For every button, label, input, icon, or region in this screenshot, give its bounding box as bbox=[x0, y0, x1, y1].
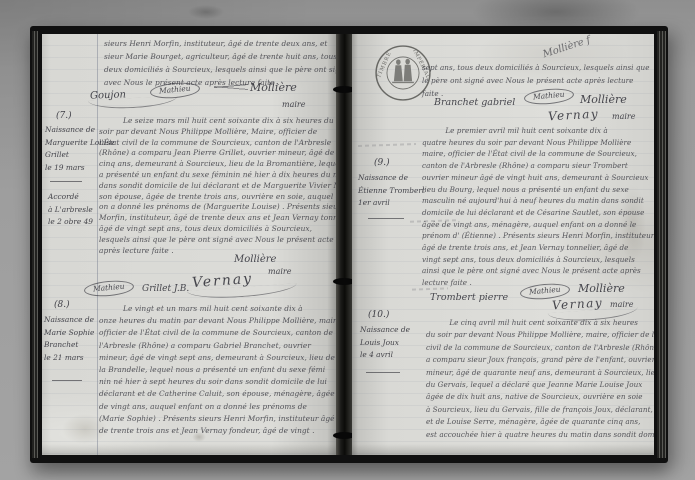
text-line: âgé de vingt sept ans, tous deux domicil… bbox=[99, 224, 334, 235]
record-7-margin-title: Naissance deMarguerite LouiseGrilletle 1… bbox=[45, 124, 99, 174]
officer-role-label: maire bbox=[612, 112, 635, 121]
signature-molliere: Mollière bbox=[580, 93, 627, 106]
text-line: lesquels ainsi que le père ont signé ave… bbox=[99, 235, 334, 246]
record-7-body-text: Le seize mars mil huit cent soixante dix… bbox=[99, 116, 334, 256]
text-line: Marguerite Louise bbox=[45, 137, 99, 150]
right-page-edges bbox=[657, 31, 666, 458]
text-line: cinq ans, demeurant à Sourcieux, lieu de… bbox=[99, 159, 334, 170]
text-line: déclarant et de Catherine Caluit, son ép… bbox=[99, 388, 334, 400]
text-line: on a donné les prénoms de (Marguerite Lo… bbox=[99, 202, 334, 213]
text-line: a présenté un enfant du sexe féminin né … bbox=[99, 170, 334, 181]
text-line: l'État civil de la commune de Sourcieux,… bbox=[99, 138, 334, 149]
text-line: Louis Joux bbox=[360, 337, 420, 350]
text-line: Naissance de bbox=[360, 324, 420, 337]
record-10-body-text: Le cinq avril mil huit cent soixante dix… bbox=[426, 317, 654, 441]
text-line: deux domiciliés à Sourcieux, lesquels ai… bbox=[104, 63, 332, 76]
previous-record-end-text: sieurs Henri Morfin, instituteur, âgé de… bbox=[104, 37, 332, 89]
text-line: dans sondit domicile de lui déclarant et… bbox=[99, 181, 334, 192]
signature-vernay: Vernay bbox=[548, 107, 600, 124]
closing-officer-signature: Mollière bbox=[234, 254, 276, 265]
signature-trombert: Trombert pierre bbox=[430, 292, 508, 303]
text-line: son épouse, âgée de trente trois ans, ou… bbox=[99, 192, 334, 203]
corner-annotation: Mollière f bbox=[542, 35, 592, 61]
record-9-margin-number: (9.) bbox=[374, 158, 390, 168]
register-scan: sieurs Henri Morfin, instituteur, âgé de… bbox=[0, 0, 695, 480]
text-line: Naissance de bbox=[358, 172, 418, 185]
record-7-margin-number: (7.) bbox=[56, 111, 72, 121]
text-line: du Gervais, lequel a déclaré que Jeanne … bbox=[426, 379, 654, 391]
text-line: sieur Marie Bourget, agriculteur, âgé de… bbox=[104, 50, 332, 63]
text-line: Naissance de bbox=[45, 124, 99, 137]
record-7-margin-annotation: Accordéà L'arbreslele 2 obre 49 bbox=[48, 191, 102, 229]
text-line: ouvrier mineur âgé de vingt huit ans, de… bbox=[422, 172, 654, 184]
record-9-body-text: Le premier avril mil huit cent soixante … bbox=[422, 125, 654, 289]
text-line: Accordé bbox=[48, 191, 102, 204]
margin-divider-rule bbox=[52, 380, 82, 381]
text-line: quatre heures du soir par devant Nous Ph… bbox=[422, 137, 654, 149]
text-line: et de Louise Serre, ménagère, âgée de qu… bbox=[426, 416, 654, 428]
text-line: le 2 obre 49 bbox=[48, 216, 102, 229]
text-line: a comparu sieur Joux françois, grand pèr… bbox=[426, 354, 654, 366]
book-spine bbox=[336, 34, 352, 455]
text-line: (Rhône) a comparu Jean Pierre Grillet, o… bbox=[99, 148, 334, 159]
text-line: canton de l'Arbresle (Rhône) a comparu s… bbox=[422, 160, 654, 172]
signature-branchet: Branchet gabriel bbox=[434, 97, 515, 108]
text-line: le 19 mars bbox=[45, 162, 99, 175]
text-line: mineur, âgé de quarante neuf ans, demeur… bbox=[426, 367, 654, 379]
oval-paraph-signature: Mathieu bbox=[83, 279, 134, 298]
stamp-figures bbox=[392, 59, 414, 83]
text-line: âgée de dix huit ans, native de Sourcieu… bbox=[426, 391, 654, 403]
text-line: nin né hier à sept heures du soir dans s… bbox=[99, 376, 334, 388]
text-line: à L'arbresle bbox=[48, 204, 102, 217]
text-line: Le seize mars mil huit cent soixante dix… bbox=[99, 116, 334, 127]
text-line: Marie Sophie bbox=[44, 327, 100, 340]
text-line: civil de la commune de Sourcieux, canton… bbox=[426, 342, 654, 354]
register-book: sieurs Henri Morfin, instituteur, âgé de… bbox=[30, 26, 668, 463]
pencil-smudge bbox=[358, 143, 416, 147]
stamp-word-timbre: TIMBRE bbox=[376, 51, 393, 79]
text-line: après lecture faite . bbox=[99, 246, 334, 257]
margin-divider-rule bbox=[368, 218, 404, 219]
text-line: onze heures du matin par devant Nous Phi… bbox=[99, 315, 334, 327]
text-line: Étienne Trombert bbox=[358, 185, 418, 198]
record-10-margin-number: (10.) bbox=[368, 310, 389, 320]
text-line: la Brandelle, lequel nous a présenté un … bbox=[99, 364, 334, 376]
record-8-margin-title: Naissance deMarie SophieBranchetle 21 ma… bbox=[44, 314, 100, 364]
text-line: âgé de trente trois ans, et Jean Vernay … bbox=[422, 242, 654, 254]
left-page: sieurs Henri Morfin, instituteur, âgé de… bbox=[42, 34, 336, 455]
text-line: soir par devant Nous Philippe Mollière, … bbox=[99, 127, 334, 138]
record-8-body-text: Le vingt et un mars mil huit cent soixan… bbox=[99, 303, 334, 437]
text-line: âgée de vingt ans, ménagère, auquel enfa… bbox=[422, 219, 654, 231]
text-line: de vingt ans, auquel enfant on a donné l… bbox=[99, 401, 334, 413]
text-line: Le premier avril mil huit cent soixante … bbox=[422, 125, 654, 137]
text-line: sieurs Henri Morfin, instituteur, âgé de… bbox=[104, 37, 332, 50]
text-line: (Marie Sophie) . Présents sieurs Henri M… bbox=[99, 413, 334, 425]
text-line: prénom d' (Étienne) . Présents sieurs He… bbox=[422, 230, 654, 242]
text-line: à Sourcieux, lieu du Gervais, fille de f… bbox=[426, 404, 654, 416]
text-line: du soir par devant Nous Philippe Mollièr… bbox=[426, 329, 654, 341]
signature-molliere: Mollière bbox=[250, 81, 297, 94]
text-line: officier de l'État civil de la commune d… bbox=[99, 327, 334, 339]
right-page: TIMBRE IMPÉRIAL Mollière f sept ans, tou… bbox=[352, 34, 654, 455]
record-9-margin-title: Naissance deÉtienne Trombert1er avril bbox=[358, 172, 418, 210]
text-line: sept ans, tous deux domiciliés à Sourcie… bbox=[422, 61, 654, 74]
officer-role-label: maire bbox=[282, 100, 305, 109]
text-line: Le cinq avril mil huit cent soixante dix… bbox=[426, 317, 654, 329]
text-line: Grillet bbox=[45, 149, 99, 162]
text-line: lieu du Bourg, lequel nous a présenté un… bbox=[422, 184, 654, 196]
margin-divider-rule bbox=[50, 181, 82, 182]
text-line: vingt sept ans, tous deux domiciliés à S… bbox=[422, 254, 654, 266]
text-line: ainsi que le père ont signé avec Nous le… bbox=[422, 265, 654, 277]
text-line: maire, officier de l'État civil de la co… bbox=[422, 148, 654, 160]
text-line: le père ont signé avec Nous le présent a… bbox=[422, 74, 654, 87]
signature-grillet: Grillet J.B. bbox=[142, 284, 189, 294]
text-line: est accouchée hier à quatre heures du ma… bbox=[426, 429, 654, 441]
text-line: masculin né aujourd'hui à neuf heures du… bbox=[422, 195, 654, 207]
text-line: de trente trois ans et Jean Vernay fonde… bbox=[99, 425, 334, 437]
record-8-margin-number: (8.) bbox=[54, 300, 70, 310]
crossed-out-scribble bbox=[214, 84, 248, 92]
text-line: Naissance de bbox=[44, 314, 100, 327]
text-line: l'Arbresle (Rhône) a comparu Gabriel Bra… bbox=[99, 340, 334, 352]
text-line: Morfin, instituteur, âgé de trente deux … bbox=[99, 213, 334, 224]
record-10-margin-title: Naissance deLouis Jouxle 4 avril bbox=[360, 324, 420, 362]
closing-officer-role: maire bbox=[268, 267, 291, 276]
margin-divider-rule bbox=[366, 372, 400, 373]
text-line: mineur, âgé de vingt sept ans, demeurant… bbox=[99, 352, 334, 364]
text-line: Branchet bbox=[44, 339, 100, 352]
text-line: 1er avril bbox=[358, 197, 418, 210]
text-line: le 4 avril bbox=[360, 349, 420, 362]
signature-molliere: Mollière bbox=[578, 282, 625, 295]
left-page-edges bbox=[32, 31, 38, 458]
text-line: domicile de lui déclarant et de Césarine… bbox=[422, 207, 654, 219]
text-line: le 21 mars bbox=[44, 352, 100, 365]
text-line: Le vingt et un mars mil huit cent soixan… bbox=[99, 303, 334, 315]
